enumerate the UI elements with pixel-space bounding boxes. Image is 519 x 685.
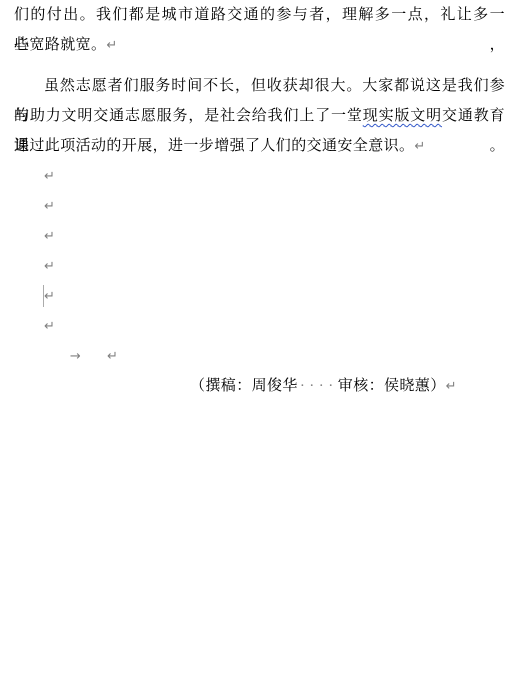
tab-arrow-icon: → <box>44 342 107 372</box>
space-dots-icon: ···· <box>300 378 338 394</box>
empty-paragraph: ↵ <box>14 311 505 341</box>
paragraph-mark-icon: ↵ <box>44 289 55 304</box>
spellcheck-squiggle-text: 现实版文明 <box>363 108 442 124</box>
byline-paragraph: （撰稿：周俊华····审核：侯晓蕙）↵ <box>190 371 505 401</box>
document-page[interactable]: 们的付出。我们都是城市道路交通的参与者，理解多一点，礼让多一些， 心宽路就宽。↵… <box>0 0 519 685</box>
tab-only-paragraph: →↵ <box>14 341 505 371</box>
empty-paragraph: ↵ <box>14 191 505 221</box>
byline-author-text: （撰稿：周俊华 <box>190 378 298 394</box>
paragraph-mark-icon: ↵ <box>106 38 117 53</box>
paragraph-mark-icon: ↵ <box>44 169 55 184</box>
text-line: 们的付出。我们都是城市道路交通的参与者，理解多一点，礼让多一些， <box>14 0 505 30</box>
empty-paragraph: ↵ <box>14 161 505 191</box>
text-run: 心宽路就宽。 <box>14 37 106 53</box>
paragraph-mark-icon: ↵ <box>44 229 55 244</box>
text-run: 通过此项活动的开展，进一步增强了人们的交通安全意识。 <box>14 138 414 154</box>
paragraph-mark-icon: ↵ <box>44 319 55 334</box>
text-line: 虽然志愿者们服务时间不长，但收获却很大。大家都说这是我们参与 <box>14 71 505 101</box>
byline-reviewer-text: 审核：侯晓蕙） <box>338 378 446 394</box>
paragraph-2: 虽然志愿者们服务时间不长，但收获却很大。大家都说这是我们参与 的助力文明交通志愿… <box>14 71 505 161</box>
paragraph-mark-icon: ↵ <box>414 139 425 154</box>
text-cursor <box>43 285 44 307</box>
document-body: 们的付出。我们都是城市道路交通的参与者，理解多一点，礼让多一些， 心宽路就宽。↵… <box>0 0 519 401</box>
text-run: 的助力文明交通志愿服务，是社会给我们上了一堂 <box>14 108 363 124</box>
paragraph-mark-icon: ↵ <box>446 379 457 394</box>
paragraph-mark-icon: ↵ <box>44 259 55 274</box>
empty-paragraph: ↵ <box>14 281 505 311</box>
paragraph-mark-icon: ↵ <box>44 199 55 214</box>
text-line: 的助力文明交通志愿服务，是社会给我们上了一堂现实版文明交通教育课。 <box>14 101 505 131</box>
paragraph-1: 们的付出。我们都是城市道路交通的参与者，理解多一点，礼让多一些， 心宽路就宽。↵ <box>14 0 505 60</box>
empty-paragraph: ↵ <box>14 221 505 251</box>
paragraph-mark-icon: ↵ <box>107 349 118 364</box>
empty-paragraph: ↵ <box>14 251 505 281</box>
